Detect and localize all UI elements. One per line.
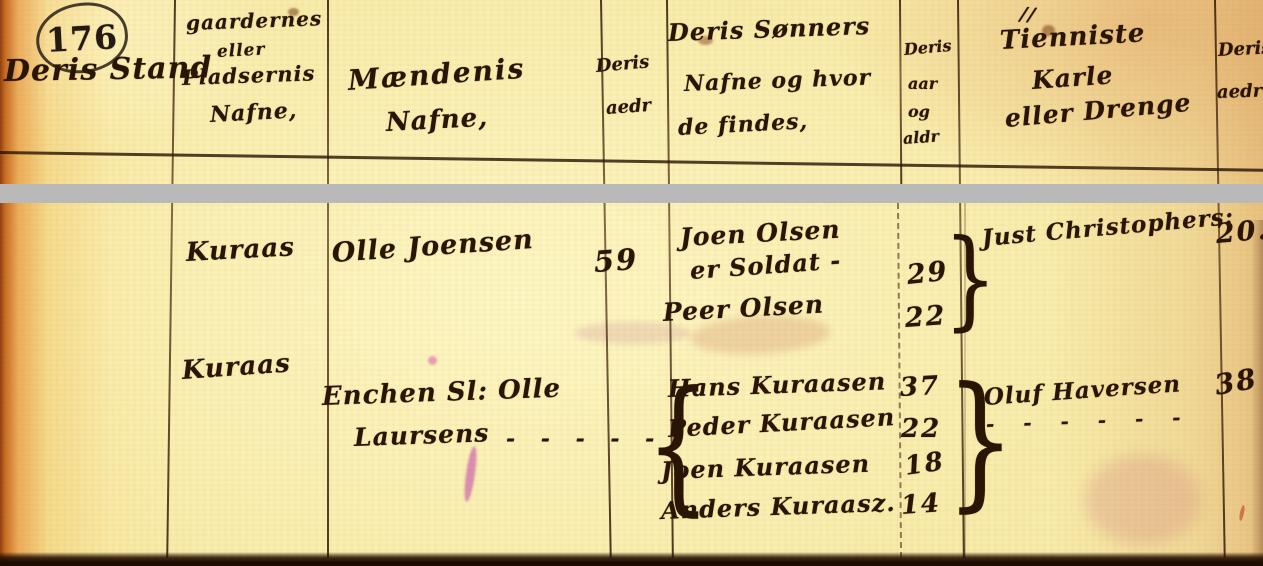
row2-son1-name: Hans Kuraasen bbox=[668, 368, 887, 401]
col-header-farm-line2: eller bbox=[217, 41, 266, 61]
col-header-sons-age-line2: aar bbox=[908, 76, 937, 93]
col-header-men-line2: Nafne, bbox=[385, 105, 489, 138]
row2-man-name-line2: Laursens bbox=[354, 420, 490, 451]
row1-servant-age: 20. bbox=[1215, 216, 1263, 249]
row2-servant-age: 38 bbox=[1212, 364, 1259, 400]
col-header-sons-line1: Deris Sønners bbox=[668, 13, 871, 45]
col-header-sons-age-line4: aldr bbox=[902, 129, 939, 148]
row2-son1-age: 37 bbox=[899, 373, 941, 402]
col-header-sons-age-line3: og bbox=[908, 104, 930, 121]
col-header-servants-age-line2: aedr bbox=[1217, 82, 1263, 102]
row2-son3-age: 18 bbox=[903, 449, 947, 482]
manuscript-page: 176 Deris Stand gaardernes eller Pladser… bbox=[0, 0, 1263, 566]
row2-son4-age: 14 bbox=[900, 490, 942, 520]
col-header-servants-line2: Karle bbox=[1031, 62, 1114, 94]
ink-stain bbox=[1085, 455, 1200, 545]
row2-man-dash-run: - - - - - bbox=[506, 428, 663, 451]
col-header-farm-line1: gaardernes bbox=[186, 8, 323, 34]
col-header-farm-line4: Nafne, bbox=[209, 99, 298, 127]
col-header-age-line2: aedr bbox=[605, 97, 651, 119]
ink-stain bbox=[428, 356, 437, 365]
row1-son2-age: 22 bbox=[904, 302, 947, 333]
row2-son3-name: Joen Kuraasen bbox=[661, 451, 871, 483]
redaction-band bbox=[0, 184, 1263, 203]
col-header-servants-age-line1: Deris bbox=[1218, 39, 1263, 61]
row1-man-age: 59 bbox=[593, 244, 639, 277]
column-divider bbox=[327, 0, 329, 558]
row1-farm-name: Kuraas bbox=[185, 234, 295, 267]
col-header-farm-line3: Pladsernis bbox=[182, 62, 316, 89]
row2-son2-age: 22 bbox=[901, 416, 941, 443]
bottom-rule bbox=[0, 552, 1263, 566]
